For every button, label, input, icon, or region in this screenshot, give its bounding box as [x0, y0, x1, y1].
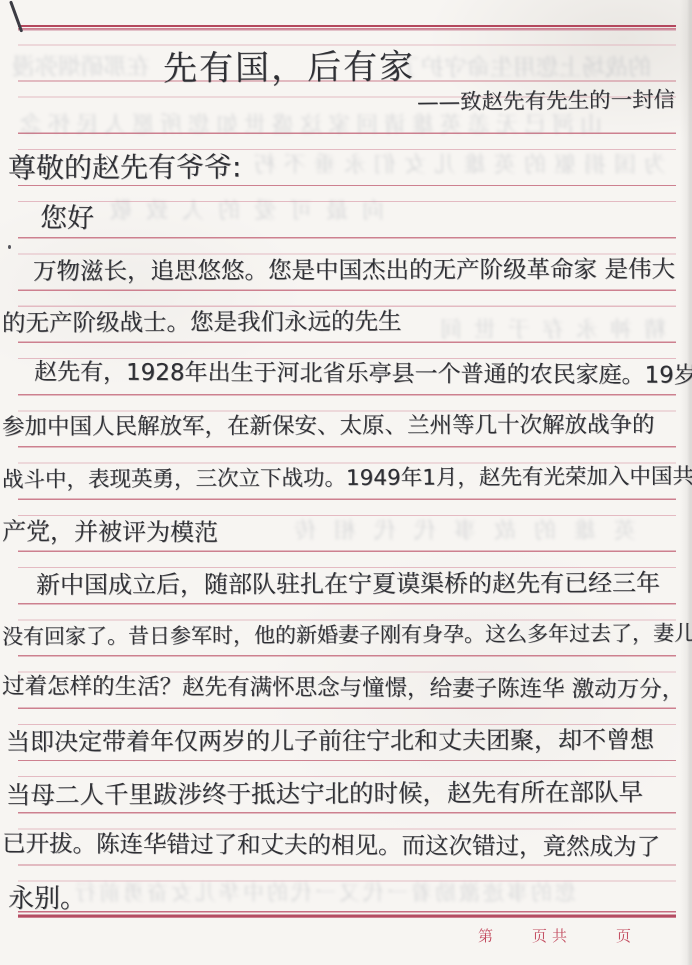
bleed-through-text: 为国捐躯的英雄儿女们永垂不朽 — [246, 153, 666, 179]
footer-page-label-di: 第 — [478, 925, 493, 946]
ink-dot — [8, 245, 11, 249]
top-border-line — [18, 25, 676, 32]
handwritten-line: 赵先有，1928年出生于河北省乐亭县一个普通的农民家庭。19岁 — [34, 357, 692, 392]
bleed-through-text: 向最可爱的人致敬 — [96, 199, 384, 225]
letter-title: 先有国，后有家 — [163, 45, 415, 93]
bleed-through-text: 山河已无恙英雄请回家这盛世如您所愿人民怀念 — [14, 113, 602, 139]
greeting-line: 您好 — [40, 201, 94, 238]
handwritten-line: 过着怎样的生活？赵先有满怀思念与憧憬，给妻子陈连华 激动万分， — [2, 671, 684, 705]
handwritten-line: 当母二人千里跋涉终于抵达宁北的时候，赵先有所在部队早 — [6, 775, 643, 811]
handwritten-line: 的无产阶级战士。您是我们永远的先生 — [2, 306, 402, 340]
bleed-through-text: 精神永存于世间 — [428, 318, 666, 344]
letter-subtitle: ——致赵先有先生的一封信 — [417, 86, 675, 118]
scanned-letter-page: 在那硝烟弥漫 的战场上您用生命守护了 山河已无恙英雄请回家这盛世如您所愿人民怀念… — [0, 0, 692, 965]
bottom-border-line — [18, 911, 676, 919]
handwritten-line: 战斗中，表现英勇，三次立下战功。1949年1月，赵先有光荣加入中国共 — [2, 462, 692, 495]
handwritten-line: 当即决定带着年仅两岁的儿子前往宁北和丈夫团聚，却不曾想 — [6, 724, 654, 759]
handwritten-line: 已开拔。陈连华错过了和丈夫的相见。而这次错过，竟然成为了 — [2, 828, 660, 863]
footer-page-label-ye2: 页 — [616, 925, 631, 946]
bleed-through-text: 您的事迹激励着一代又一代的中华儿女奋勇前行 — [72, 881, 576, 906]
bleed-through-text: 在那硝烟弥漫 — [12, 54, 150, 82]
handwritten-line-closing: 永别。 — [8, 882, 86, 917]
handwritten-line: 参加中国人民解放军，在新保安、太原、兰州等几十次解放战争的 — [2, 410, 655, 443]
handwritten-line: 万物滋长，追思悠悠。您是中国杰出的无产阶级革命家 是伟大 — [33, 254, 675, 288]
footer-page-label-gong: 共 — [552, 925, 567, 946]
pen-mark — [9, 0, 23, 32]
salutation-line: 尊敬的赵先有爷爷: — [8, 148, 242, 187]
bleed-through-text: 英雄的故事代代相传 — [276, 519, 636, 545]
bleed-through-text: 的战场上您用生命守护了 — [398, 55, 651, 83]
handwritten-line: 没有回家了。昔日参军时，他的新婚妻子刚有身孕。这么多年过去了，妻儿 — [2, 619, 692, 651]
handwritten-line: 新中国成立后，随部队驻扎在宁夏谟渠桥的赵先有已经三年 — [36, 567, 660, 602]
handwritten-line: 产党，并被评为模范 — [2, 515, 218, 549]
footer-page-label-ye1: 页 — [532, 925, 547, 946]
